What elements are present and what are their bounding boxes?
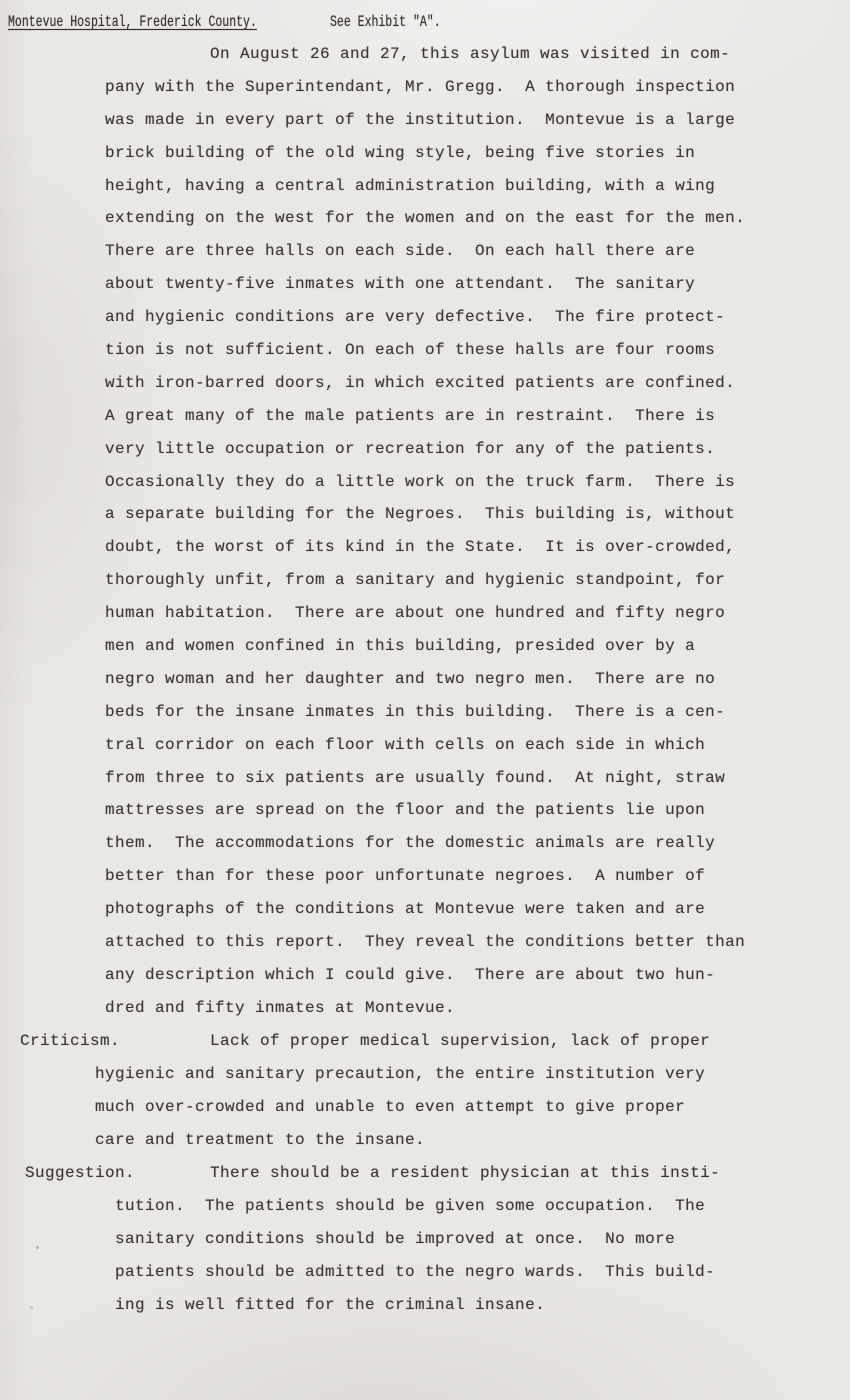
text-line: tution. The patients should be given som… bbox=[115, 1190, 850, 1223]
text-line: Lack of proper medical supervision, lack… bbox=[95, 1025, 850, 1058]
paragraph-criticism: Criticism.Lack of proper medical supervi… bbox=[0, 1025, 850, 1157]
text-line: them. The accommodations for the domesti… bbox=[105, 827, 850, 860]
text-line: There should be a resident physician at … bbox=[115, 1157, 850, 1190]
text-line: and hygienic conditions are very defecti… bbox=[105, 301, 850, 334]
text-line: photographs of the conditions at Montevu… bbox=[105, 893, 850, 926]
text-line: care and treatment to the insane. bbox=[95, 1124, 850, 1157]
text-line: dred and fifty inmates at Montevue. bbox=[105, 992, 850, 1025]
text-line: patients should be admitted to the negro… bbox=[115, 1256, 850, 1289]
paragraph-label: Suggestion. bbox=[25, 1157, 135, 1190]
text-line: mattresses are spread on the floor and t… bbox=[105, 794, 850, 827]
text-line: better than for these poor unfortunate n… bbox=[105, 860, 850, 893]
text-line: brick building of the old wing style, be… bbox=[105, 137, 850, 170]
text-line: men and women confined in this building,… bbox=[105, 630, 850, 663]
text-line: tral corridor on each floor with cells o… bbox=[105, 729, 850, 762]
text-line: any description which I could give. Ther… bbox=[105, 959, 850, 992]
paragraph-narrative: On August 26 and 27, this asylum was vis… bbox=[0, 38, 850, 1025]
text-line: about twenty-five inmates with one atten… bbox=[105, 268, 850, 301]
text-line: doubt, the worst of its kind in the Stat… bbox=[105, 531, 850, 564]
text-line: A great many of the male patients are in… bbox=[105, 400, 850, 433]
text-line: height, having a central administration … bbox=[105, 170, 850, 203]
text-line: with iron-barred doors, in which excited… bbox=[105, 367, 850, 400]
paragraph-suggestion: Suggestion.There should be a resident ph… bbox=[0, 1157, 850, 1321]
text-line: was made in every part of the institutio… bbox=[105, 104, 850, 137]
text-line: tion is not sufficient. On each of these… bbox=[105, 334, 850, 367]
text-line: On August 26 and 27, this asylum was vis… bbox=[105, 38, 850, 71]
text-line: attached to this report. They reveal the… bbox=[105, 926, 850, 959]
document-page: Montevue Hospital, Frederick County. See… bbox=[0, 0, 850, 1400]
exhibit-reference: See Exhibit "A". bbox=[330, 12, 441, 32]
text-line: human habitation. There are about one hu… bbox=[105, 597, 850, 630]
text-line: ing is well fitted for the criminal insa… bbox=[115, 1289, 850, 1322]
text-line: extending on the west for the women and … bbox=[105, 202, 850, 235]
document-title: Montevue Hospital, Frederick County. bbox=[8, 12, 257, 32]
text-line: sanitary conditions should be improved a… bbox=[115, 1223, 850, 1256]
text-line: negro woman and her daughter and two neg… bbox=[105, 663, 850, 696]
text-line: beds for the insane inmates in this buil… bbox=[105, 696, 850, 729]
text-line: Occasionally they do a little work on th… bbox=[105, 466, 850, 499]
text-line: very little occupation or recreation for… bbox=[105, 433, 850, 466]
text-line: a separate building for the Negroes. Thi… bbox=[105, 498, 850, 531]
text-line: pany with the Superintendant, Mr. Gregg.… bbox=[105, 71, 850, 104]
paragraph-label: Criticism. bbox=[20, 1025, 120, 1058]
text-line: much over-crowded and unable to even att… bbox=[95, 1091, 850, 1124]
text-line: hygienic and sanitary precaution, the en… bbox=[95, 1058, 850, 1091]
text-line: There are three halls on each side. On e… bbox=[105, 235, 850, 268]
text-line: from three to six patients are usually f… bbox=[105, 762, 850, 795]
text-line: thoroughly unfit, from a sanitary and hy… bbox=[105, 564, 850, 597]
